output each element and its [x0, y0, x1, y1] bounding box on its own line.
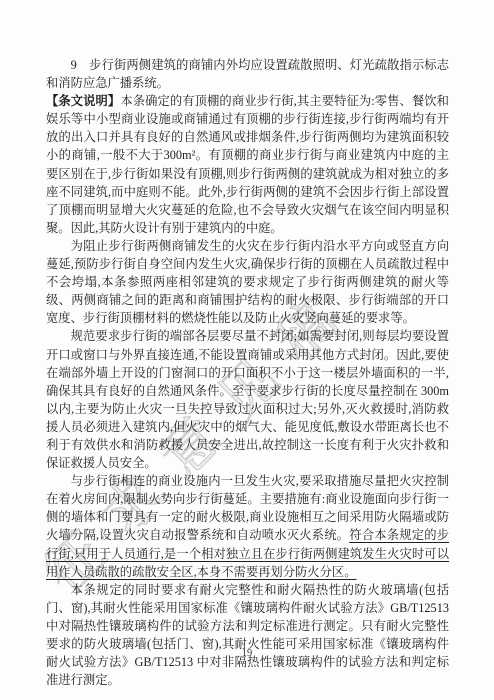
- commentary-paragraph-3: 规范要求步行街的端部各层要尽量不封闭;如需要封闭,则每层均要设置开口或窗口与外界…: [46, 327, 449, 472]
- commentary-label: 【条文说明】: [46, 94, 120, 108]
- commentary-paragraph-4: 与步行街相连的商业设施内一旦发生火灾,要采取措施尽量把火灾控制在着火房间内,限制…: [46, 472, 449, 581]
- commentary-paragraph-1-text: 本条确定的有顶棚的商业步行街,其主要特征为:零售、餐饮和娱乐等中小型商业设施或商…: [46, 94, 449, 235]
- page-number: 19: [0, 648, 494, 659]
- clause-9-paragraph: 9步行街两侧建筑的商铺内外均应设置疏散照明、灯光疏散指示标志和消防应急广播系统。: [46, 56, 449, 92]
- clause-text: 步行街两侧建筑的商铺内外均应设置疏散照明、灯光疏散指示标志和消防应急广播系统。: [46, 58, 449, 90]
- commentary-paragraph-1: 【条文说明】本条确定的有顶棚的商业步行街,其主要特征为:零售、餐饮和娱乐等中小型…: [46, 92, 449, 237]
- commentary-paragraph-2: 为阻止步行街两侧商铺发生的火灾在步行街内沿水平方向或竖直方向蔓延,预防步行街自身…: [46, 237, 449, 327]
- page-body-text: 9步行街两侧建筑的商铺内外均应设置疏散照明、灯光疏散指示标志和消防应急广播系统。…: [46, 56, 449, 689]
- clause-number: 9: [71, 58, 77, 72]
- commentary-paragraph-5: 本条规定的同时要求有耐火完整性和耐火隔热性的防火玻璃墙(包括门、窗),其耐火性能…: [46, 581, 449, 690]
- document-page: 征求意见稿 9步行街两侧建筑的商铺内外均应设置疏散照明、灯光疏散指示标志和消防应…: [0, 0, 494, 700]
